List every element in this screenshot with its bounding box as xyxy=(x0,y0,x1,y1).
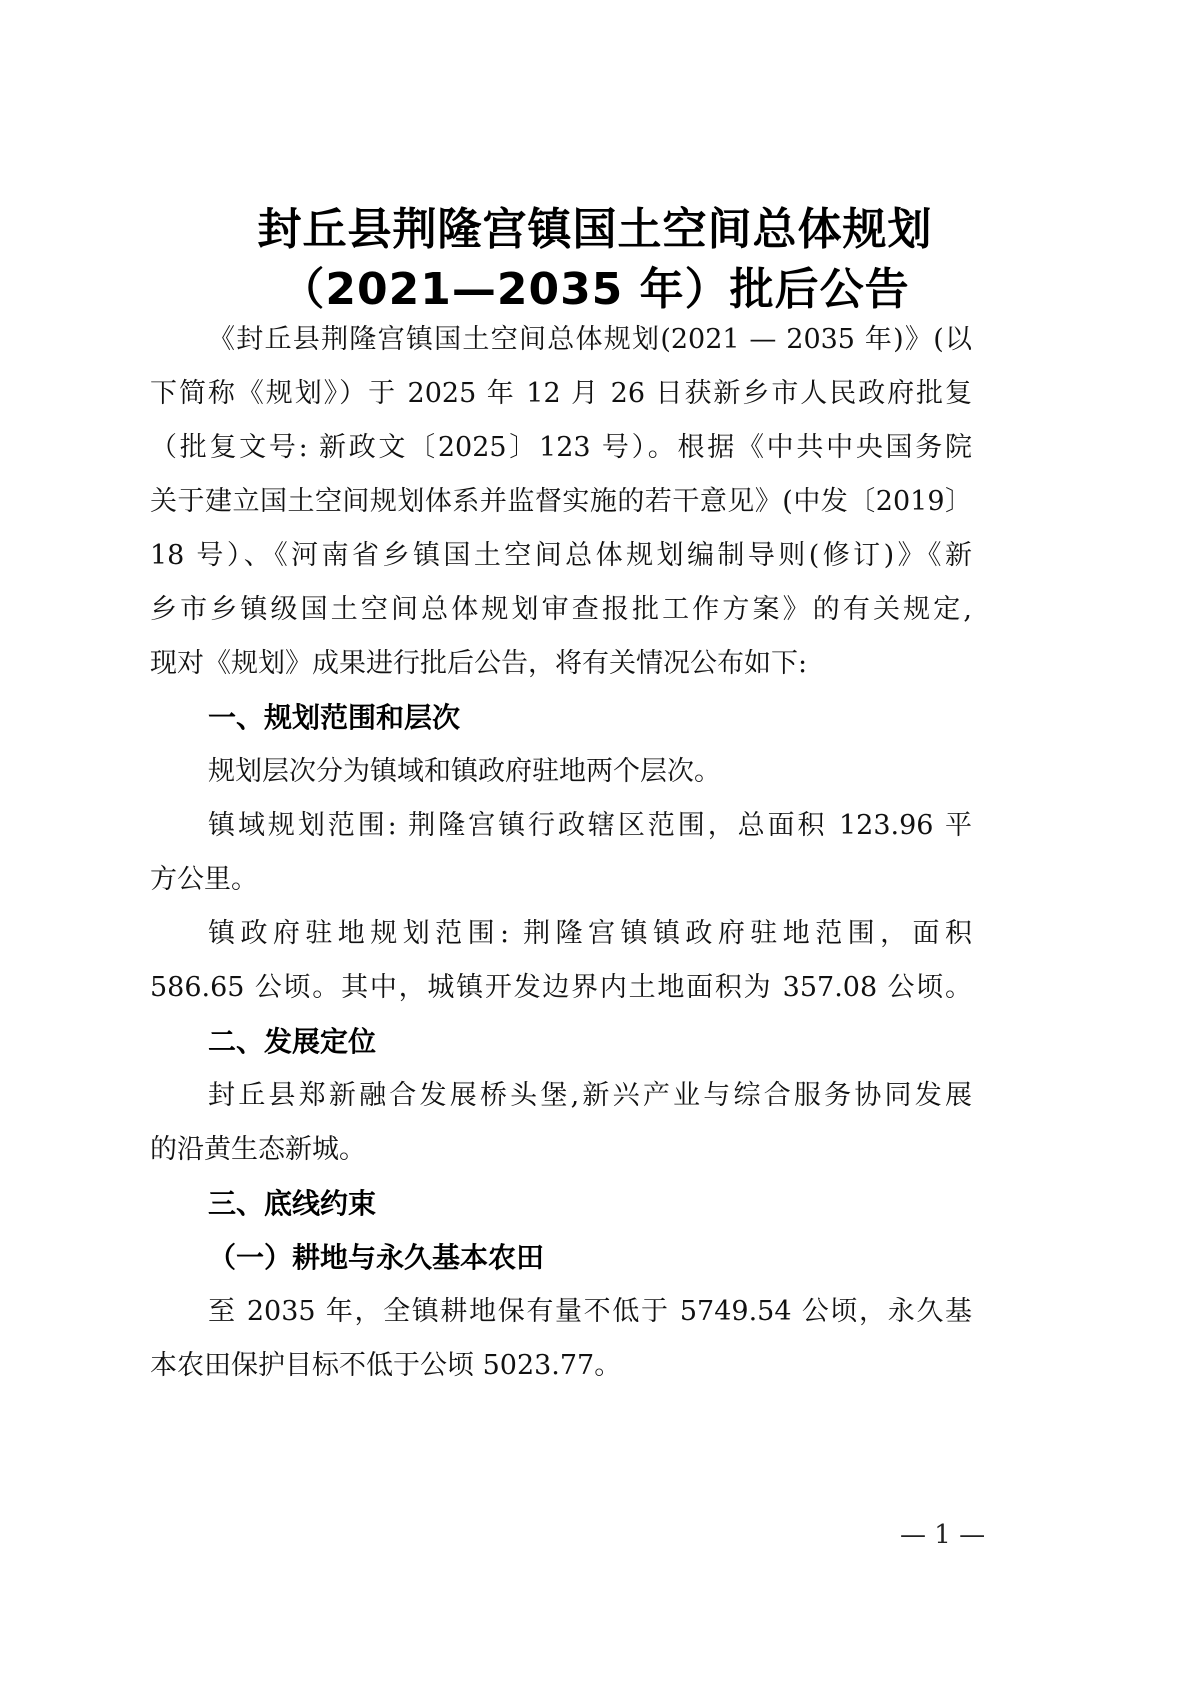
section-heading-positioning: 二、发展定位 xyxy=(208,1028,376,1056)
intro-line: 下简称《规划》）于 2025 年 12 月 26 日获新乡市人民政府批复 xyxy=(150,380,972,407)
paragraph-line: 方公里。 xyxy=(150,866,972,893)
paragraph-line: 规划层次分为镇域和镇政府驻地两个层次。 xyxy=(208,758,972,785)
intro-line: 《封丘县荆隆宫镇国土空间总体规划(2021 — 2035 年)》(以 xyxy=(208,326,972,353)
paragraph-line: 镇域规划范围: 荆隆宫镇行政辖区范围，总面积 123.96 平 xyxy=(208,812,972,839)
intro-line: 乡市乡镇级国土空间总体规划审查报批工作方案》的有关规定, xyxy=(150,596,972,623)
section-heading-constraints: 三、底线约束 xyxy=(208,1190,376,1218)
paragraph-line: 镇政府驻地规划范围: 荆隆宫镇镇政府驻地范围，面积 xyxy=(208,920,972,947)
document-title-line-1: 封丘县荆隆宫镇国土空间总体规划 xyxy=(0,208,1190,252)
paragraph-line: 封丘县郑新融合发展桥头堡,新兴产业与综合服务协同发展 xyxy=(208,1082,972,1109)
paragraph-line: 的沿黄生态新城。 xyxy=(150,1136,972,1163)
paragraph-line: 本农田保护目标不低于公顷 5023.77。 xyxy=(150,1352,972,1379)
intro-line: （批复文号: 新政文〔2025〕123 号）。根据《中共中央国务院 xyxy=(150,434,972,461)
subsection-heading-farmland: （一）耕地与永久基本农田 xyxy=(208,1244,544,1272)
section-heading-scope: 一、规划范围和层次 xyxy=(208,704,460,732)
paragraph-line: 至 2035 年，全镇耕地保有量不低于 5749.54 公顷，永久基 xyxy=(208,1298,972,1325)
intro-line: 关于建立国土空间规划体系并监督实施的若干意见》(中发〔2019〕 xyxy=(150,488,972,515)
intro-line: 现对《规划》成果进行批后公告，将有关情况公布如下: xyxy=(150,650,972,677)
paragraph-line: 586.65 公顷。其中，城镇开发边界内土地面积为 357.08 公顷。 xyxy=(150,974,972,1001)
page-number: — 1 — xyxy=(900,1522,980,1548)
intro-line: 18 号）、《河南省乡镇国土空间总体规划编制导则(修订)》《新 xyxy=(150,542,972,569)
document-page: 封丘县荆隆宫镇国土空间总体规划 （2021—2035 年）批后公告 《封丘县荆隆… xyxy=(0,0,1190,1683)
document-title-line-2: （2021—2035 年）批后公告 xyxy=(0,268,1190,312)
